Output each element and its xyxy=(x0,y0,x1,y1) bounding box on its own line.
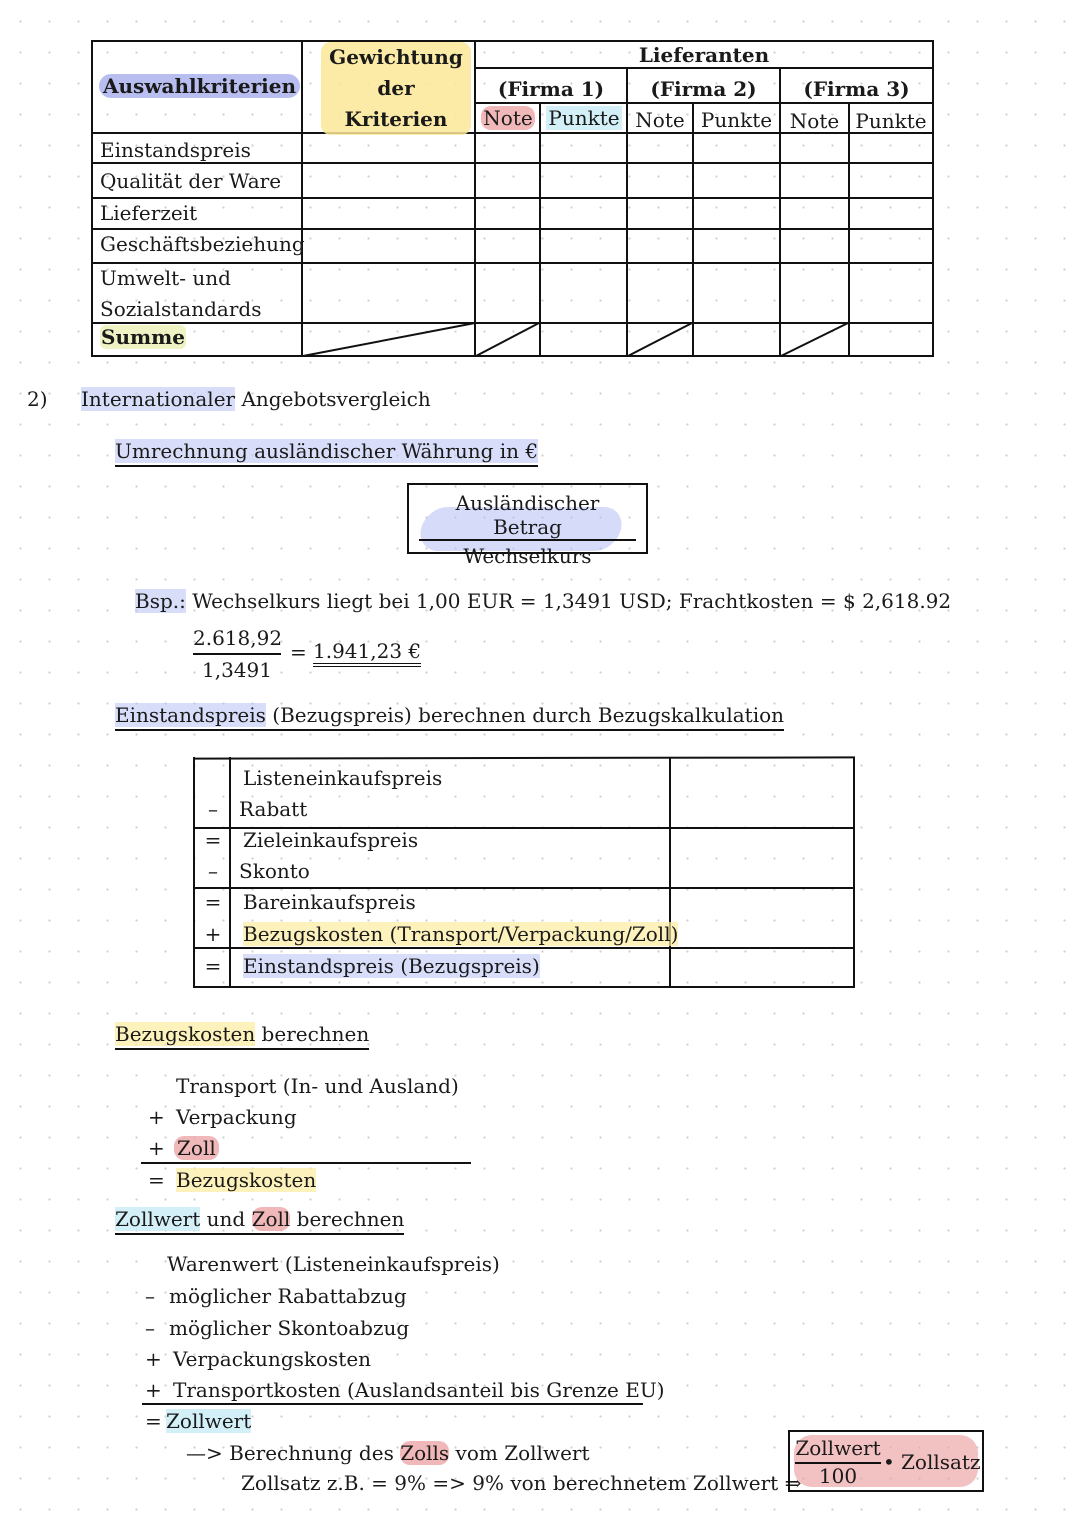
bezugskalkulation-table: Listeneinkaufspreis – Rabatt = Zieleinka… xyxy=(193,757,855,988)
bezugskosten-heading: Bezugskosten berechnen xyxy=(115,1022,369,1050)
calc-equals: = xyxy=(290,640,307,664)
zollwert-line: möglicher Rabattabzug xyxy=(169,1284,407,1308)
calc-row-bezugskosten: Bezugskosten (Transport/Verpackung/Zoll) xyxy=(243,922,678,946)
zoll-formula-box: Zollwert 100 • Zollsatz xyxy=(788,1430,984,1492)
calc-row-listeneinkaufspreis: Listeneinkaufspreis xyxy=(243,766,442,790)
zollwert-line: Transportkosten (Auslandsanteil bis Gren… xyxy=(173,1378,665,1402)
calc-row-skonto: Skonto xyxy=(239,859,310,883)
currency-formula-box: Ausländischer Betrag Wechselkurs xyxy=(407,483,648,554)
formula-numerator: Ausländischer Betrag xyxy=(419,491,636,541)
zollsatz-example: Zollsatz z.B. = 9% => 9% von berechnetem… xyxy=(241,1471,801,1495)
bezugskosten-line: Bezugskosten xyxy=(176,1168,316,1192)
zollwert-line: Verpackungskosten xyxy=(173,1347,371,1371)
zollwert-line: Zollwert xyxy=(166,1409,251,1433)
calc-result: 1.941,23 € xyxy=(313,639,421,667)
bezugskosten-line: Transport (In- und Ausland) xyxy=(176,1074,459,1098)
calc-row-rabatt: Rabatt xyxy=(239,797,307,821)
currency-example: Bsp.: Wechselkurs liegt bei 1,00 EUR = 1… xyxy=(135,589,951,613)
zollwert-heading: Zollwert und Zoll berechnen xyxy=(115,1207,404,1235)
section-number: 2) xyxy=(27,387,48,411)
sum-row-diagonals xyxy=(91,40,934,357)
zollwert-line: Warenwert (Listeneinkaufspreis) xyxy=(167,1252,500,1276)
calc-row-zieleinkaufspreis: Zieleinkaufspreis xyxy=(243,828,418,852)
calc-row-bareinkaufspreis: Bareinkaufspreis xyxy=(243,890,416,914)
zoll-calc-note: —> Berechnung des Zolls vom Zollwert xyxy=(186,1441,590,1465)
formula-denominator: Wechselkurs xyxy=(409,544,646,568)
zoll-formula-fraction: Zollwert 100 xyxy=(795,1436,881,1488)
einstand-heading: Einstandspreis (Bezugspreis) berechnen d… xyxy=(115,703,784,731)
criteria-table: Auswahlkriterien Gewichtung der Kriterie… xyxy=(91,40,934,357)
bezugskosten-line: Zoll xyxy=(174,1136,219,1160)
calc-row-einstandspreis: Einstandspreis (Bezugspreis) xyxy=(243,954,540,978)
sum-line xyxy=(142,1403,643,1405)
zollwert-line: möglicher Skontoabzug xyxy=(169,1316,409,1340)
section-title: Internationaler Angebotsvergleich xyxy=(81,387,431,411)
currency-heading: Umrechnung ausländischer Währung in € xyxy=(115,439,538,467)
calc-fraction: 2.618,92 1,3491 xyxy=(193,626,281,682)
sum-line xyxy=(141,1162,471,1164)
bezugskosten-line: Verpackung xyxy=(176,1105,297,1129)
